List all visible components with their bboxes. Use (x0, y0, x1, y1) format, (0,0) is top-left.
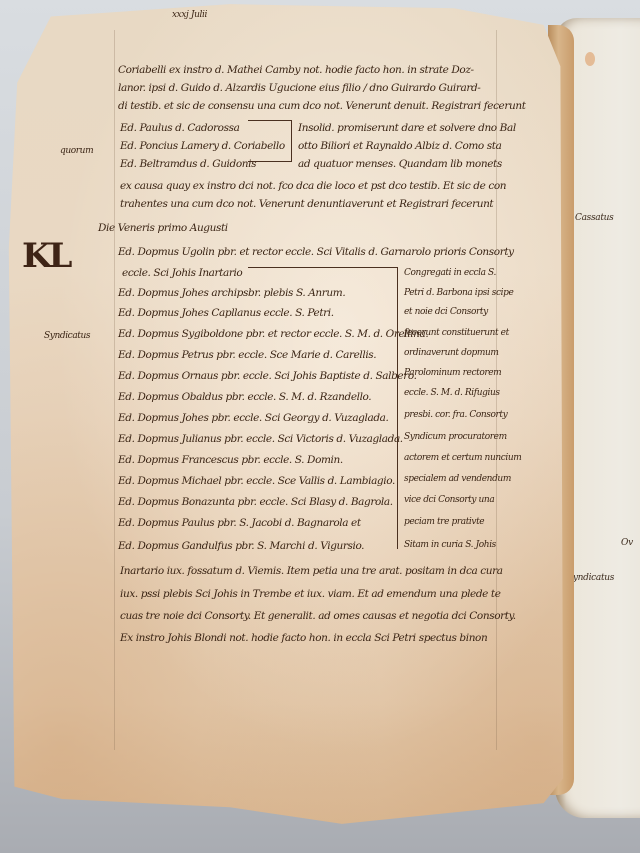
right-col-line: Congregati in eccla S. (404, 268, 496, 278)
right-col-line: presbi. cor. fra. Consorty (404, 410, 507, 420)
margin-note-syndicatus: Syndicatus (44, 331, 90, 341)
date-heading: Die Veneris primo Augusti (98, 222, 228, 234)
facing-partial-note: Ov (621, 538, 633, 548)
right-col-line: Parolominum rectorem (404, 368, 501, 378)
entry3-cont1: Inartario iux. fossatum d. Viemis. Item … (120, 565, 503, 577)
entry1-line2: lanor. ipsi d. Guido d. Alzardis Ugucion… (118, 82, 480, 94)
entry1-line1: Coriabelli ex instro d. Mathei Camby not… (118, 64, 474, 76)
entry2-cont2: trahentes una cum dco not. Venerunt denu… (120, 198, 493, 210)
facing-margin-note-cassatus: Cassatus (575, 213, 614, 223)
foxing-stain (585, 52, 595, 66)
photo-scene: Cassatus Syndicatus Ov xxxj Julii Coriab… (0, 0, 640, 853)
entry2-right2: otto Biliori et Raynaldo Albiz d. Como s… (298, 140, 501, 152)
list-item: eccle. Sci Johis Inartario (122, 267, 242, 279)
entry3-cont2: iux. pssi plebis Sci Johis in Trembe et … (120, 588, 501, 600)
entry2-cont1: ex causa quay ex instro dci not. fco dca… (120, 180, 506, 192)
list-bracket (248, 267, 398, 549)
right-col-line: actorem et certum nuncium (404, 453, 521, 463)
folio-date-header: xxxj Julii (172, 10, 207, 20)
entry2-name3: Ed. Beltramdus d. Guidonis (120, 158, 256, 170)
right-col-line: eccle. S. M. d. Rifugius (404, 388, 500, 398)
entry2-name1: Ed. Paulus d. Cadorossa (120, 122, 239, 134)
entry2-bracket (248, 120, 292, 162)
list-item: Ed. Dopmus Ugolin pbr. et rector eccle. … (118, 246, 514, 258)
kalendar-initial: KL (22, 236, 69, 276)
right-col-line: vice dci Consorty una (404, 495, 494, 505)
left-ruling (114, 30, 115, 750)
margin-note-quorum: quorum (60, 146, 93, 156)
right-col-line: peciam tre prativte (404, 517, 484, 527)
facing-margin-note-syndicatus: Syndicatus (567, 573, 614, 583)
right-col-line: Syndicum procuratorem (404, 432, 507, 442)
right-col-line: specialem ad vendendum (404, 474, 511, 484)
right-col-line: fecerunt constituerunt et (404, 328, 509, 338)
right-col-line: ordinaverunt dopmum (404, 348, 499, 358)
entry2-right1: Insolid. promiserunt dare et solvere dno… (298, 122, 516, 134)
entry3-cont4: Ex instro Johis Blondi not. hodie facto … (120, 632, 487, 644)
entry1-line3: di testib. et sic de consensu una cum dc… (118, 100, 526, 112)
entry3-cont3: cuas tre noie dci Consorty. Et generalit… (120, 610, 516, 622)
right-col-line: Sitam in curia S. Johis (404, 540, 496, 550)
right-col-line: Petri d. Barbona ipsi scipe (404, 288, 513, 298)
right-col-line: et noie dci Consorty (404, 307, 488, 317)
entry2-right3: ad quatuor menses. Quandam lib monets (298, 158, 502, 170)
